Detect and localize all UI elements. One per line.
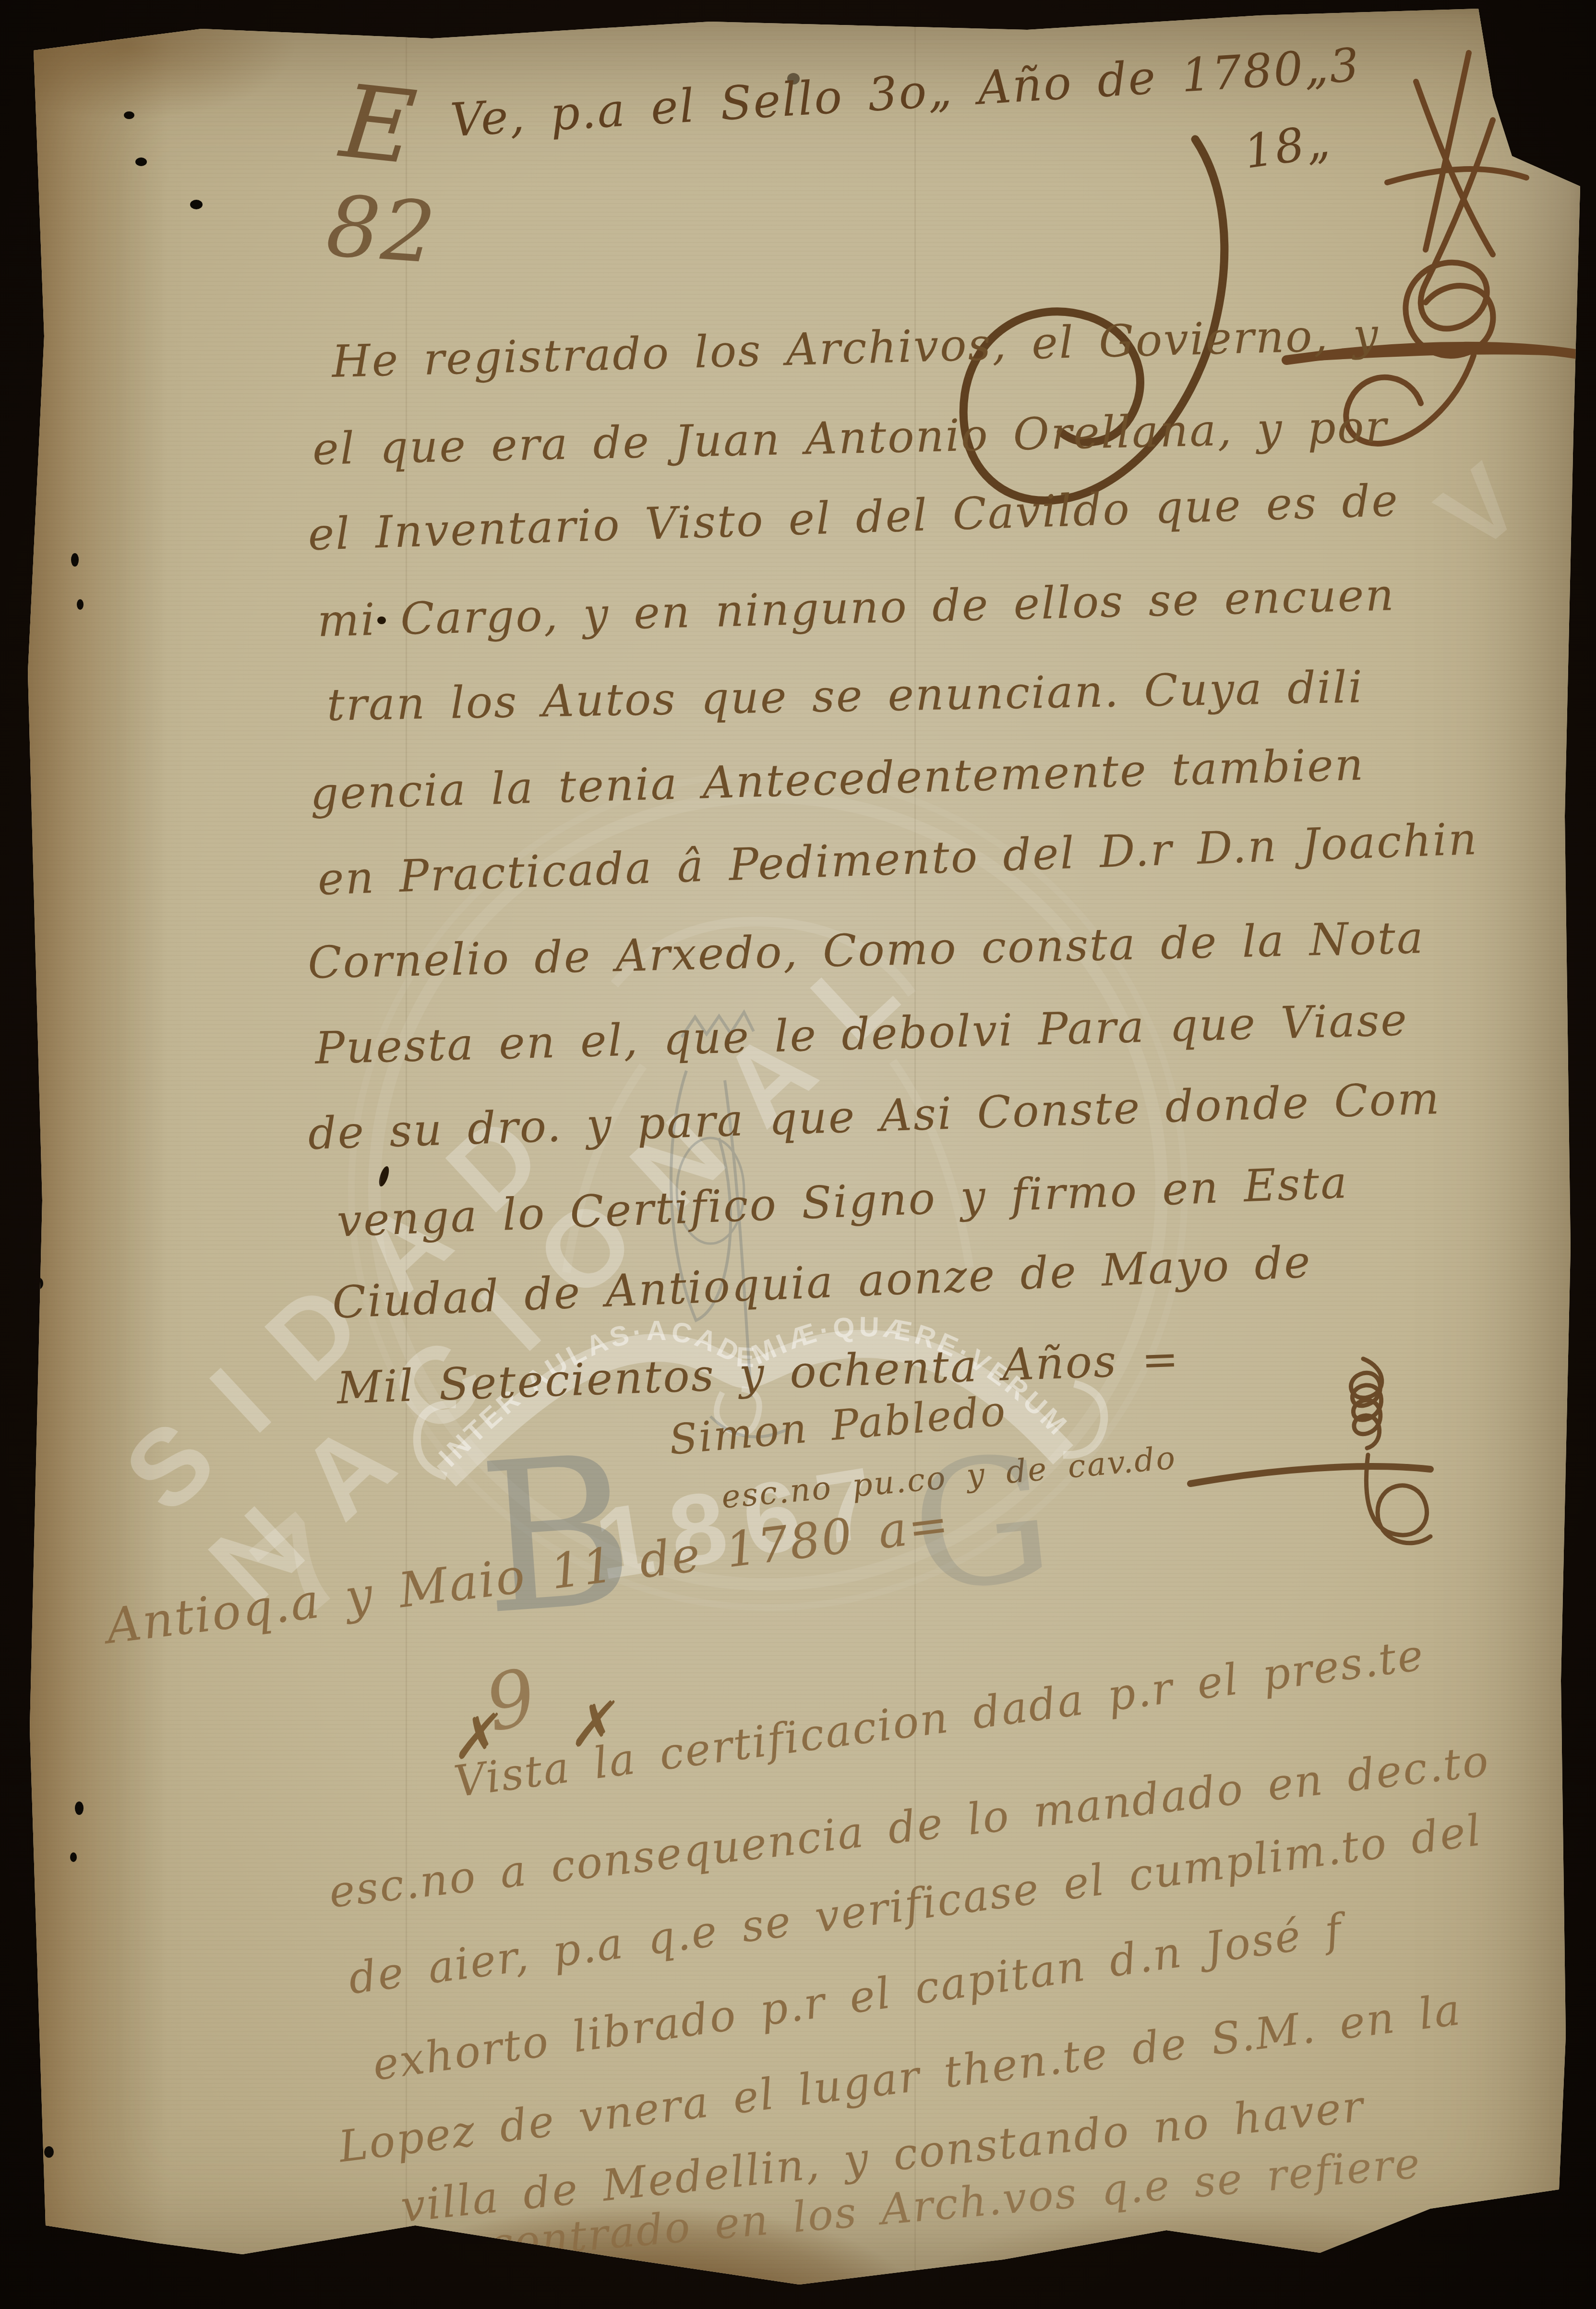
margin-number: 82: [324, 178, 440, 282]
manuscript-page: INTER·AULAS·ACADEMIÆ·QUÆRE·VERUM 1867 SI…: [0, 0, 1596, 2309]
binding-hole: [25, 1225, 38, 1241]
notary-rubric-signature: [1162, 1340, 1459, 1608]
photo-background: INTER·AULAS·ACADEMIÆ·QUÆRE·VERUM 1867 SI…: [0, 0, 1596, 2309]
margin-scribble: E: [336, 62, 422, 187]
binding-hole: [14, 150, 31, 161]
binding-hole: [20, 98, 35, 109]
